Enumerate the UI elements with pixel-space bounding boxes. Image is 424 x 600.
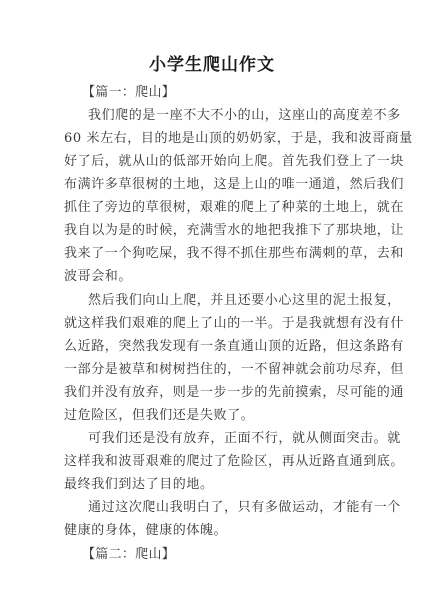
text-line: 60 米左右，目的地是山顶的奶奶家，于是，我和波哥商量 bbox=[64, 131, 364, 147]
text-line: 通过这次爬山我明白了，只有多做运动，才能有一个 bbox=[88, 500, 388, 516]
text-line: 么近路，突然我发现有一条直通山顶的近路，但这条路有 bbox=[64, 339, 364, 355]
text-line: 我来了一个狗吃屎，我不得不抓住那些布满刺的草，去和 bbox=[64, 246, 364, 262]
text-line: 健康的身体，健康的体魄。 bbox=[64, 523, 364, 539]
text-line: 我们爬的是一座不大不小的山，这座山的高度差不多 bbox=[88, 108, 388, 124]
text-line: 好了后，就从山的低部开始向上爬。首先我们登上了一块 bbox=[64, 154, 364, 170]
text-line: 最终我们到达了目的地。 bbox=[64, 477, 364, 493]
text-line: 抓住了旁边的草很树，艰难的爬上了种菜的土地上，就在 bbox=[64, 200, 364, 216]
text-line: 波哥会和。 bbox=[64, 269, 364, 285]
text-line: 我自以为是的时候，充满雪水的地把我推下了那块地，让 bbox=[64, 223, 364, 239]
text-line: 这样我和波哥艰难的爬过了危险区，再从近路直通到底。 bbox=[64, 454, 364, 470]
text-line: 一部分是被草和树树挡住的，一不留神就会前功尽弃，但 bbox=[64, 362, 364, 378]
text-line: 我们并没有放弃，则是一步一步的先前摸索，尽可能的通 bbox=[64, 385, 364, 401]
text-line: 过危险区，但我们还是失败了。 bbox=[64, 408, 364, 424]
text-line: 布满许多草很树的土地，这是上山的唯一通道，然后我们 bbox=[64, 177, 364, 193]
text-line: 然后我们向山上爬，并且还要小心这里的泥土报复， bbox=[88, 293, 388, 309]
document-title: 小学生爬山作文 bbox=[0, 50, 424, 75]
section-heading: 【篇一：爬山】 bbox=[82, 85, 382, 101]
text-line: 可我们还是没有放弃，正面不行，就从侧面突击。就 bbox=[88, 431, 388, 447]
section-heading: 【篇二：爬山】 bbox=[82, 547, 382, 563]
text-line: 就这样我们艰难的爬上了山的一半。于是我就想有没有什 bbox=[64, 316, 364, 332]
